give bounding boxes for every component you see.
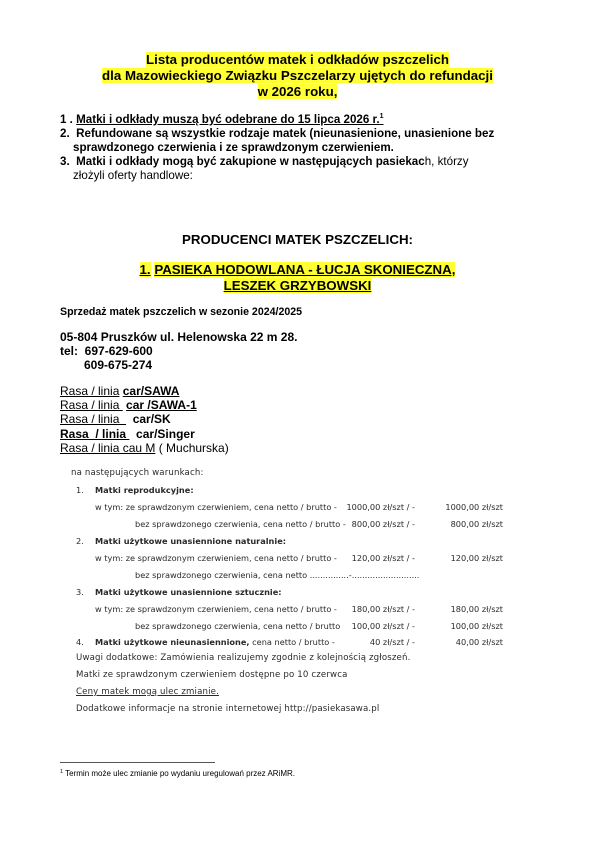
- condition-2: 2. Refundowane są wszystkie rodzaje mate…: [60, 127, 540, 155]
- breed-line: Rasa / linia cau M ( Muchurska): [60, 441, 229, 455]
- price-offer: na następujących warunkach: 1.Matki repr…: [73, 465, 513, 718]
- producer-address: 05-804 Pruszków ul. Helenowska 22 m 28.: [60, 330, 297, 344]
- offer-intro: na następujących warunkach:: [71, 465, 204, 482]
- phone-2: 609-675-274: [60, 358, 297, 372]
- note-prices: Ceny matek mogą ulec zmianie.: [76, 684, 219, 701]
- offer-item-3: 3.Matki użytkowe unasiennione sztucznie:: [73, 584, 513, 601]
- note-availability: Matki ze sprawdzonym czerwieniem dostępn…: [76, 667, 347, 684]
- section-heading: PRODUCENCI MATEK PSZCZELICH:: [0, 232, 595, 247]
- breed-line: Rasa / linia car /SAWA-1: [60, 398, 229, 412]
- price-row: w tym: ze sprawdzonym czerwieniem, cena …: [73, 550, 513, 567]
- producer-name: 1. PASIEKA HODOWLANA - ŁUCJA SKONIECZNA,…: [0, 262, 595, 294]
- phone-1: tel: 697-629-600: [60, 344, 297, 358]
- title-line-2: dla Mazowieckiego Związku Pszczelarzy uj…: [102, 68, 493, 83]
- producer-contact: 05-804 Pruszków ul. Helenowska 22 m 28. …: [60, 330, 297, 373]
- breed-line: Rasa / linia car/SK: [60, 412, 229, 426]
- producer-name-line-1: PASIEKA HODOWLANA - ŁUCJA SKONIECZNA,: [154, 262, 455, 277]
- offer-item-1: 1.Matki reprodukcyjne:: [73, 482, 513, 499]
- footnote-separator: [60, 762, 215, 763]
- note-website: Dodatkowe informacje na stronie internet…: [76, 701, 379, 718]
- producer-number: 1.: [140, 262, 151, 277]
- title-line-3: w 2026 roku,: [258, 84, 338, 99]
- footnote: 1 Termin może ulec zmianie po wydaniu ur…: [60, 769, 295, 778]
- document-title: Lista producentów matek i odkładów pszcz…: [0, 52, 595, 99]
- sale-season: Sprzedaż matek pszczelich w sezonie 2024…: [60, 306, 302, 318]
- title-line-1: Lista producentów matek i odkładów pszcz…: [146, 52, 449, 67]
- offer-item-4: 4.Matki użytkowe nieunasiennione, cena n…: [73, 634, 513, 650]
- condition-1-text: Matki i odkłady muszą być odebrane do 15…: [76, 113, 383, 126]
- footnote-ref: 1: [380, 113, 384, 120]
- price-row: bez sprawdzonego czerwienia, cena netto …: [73, 618, 513, 634]
- price-row: bez sprawdzonego czerwienia, cena netto …: [73, 516, 513, 533]
- breed-lines: Rasa / linia car/SAWA Rasa / linia car /…: [60, 384, 229, 455]
- offer-item-2: 2.Matki użytkowe unasiennione naturalnie…: [73, 533, 513, 550]
- breed-line: Rasa / linia car/Singer: [60, 427, 229, 441]
- price-row: bez sprawdzonego czerwienia, cena netto …: [73, 567, 513, 584]
- price-row: w tym: ze sprawdzonym czerwieniem, cena …: [73, 499, 513, 516]
- note-orders: Uwagi dodatkowe: Zamówienia realizujemy …: [76, 650, 410, 667]
- condition-3: 3. Matki i odkłady mogą być zakupione w …: [60, 155, 540, 183]
- breed-line: Rasa / linia car/SAWA: [60, 384, 229, 398]
- producer-name-line-2: LESZEK GRZYBOWSKI: [224, 278, 372, 293]
- conditions-list: 1 . Matki i odkłady muszą być odebrane d…: [60, 113, 540, 183]
- condition-1: 1 . Matki i odkłady muszą być odebrane d…: [60, 113, 540, 127]
- price-row: w tym: ze sprawdzonym czerwieniem, cena …: [73, 601, 513, 618]
